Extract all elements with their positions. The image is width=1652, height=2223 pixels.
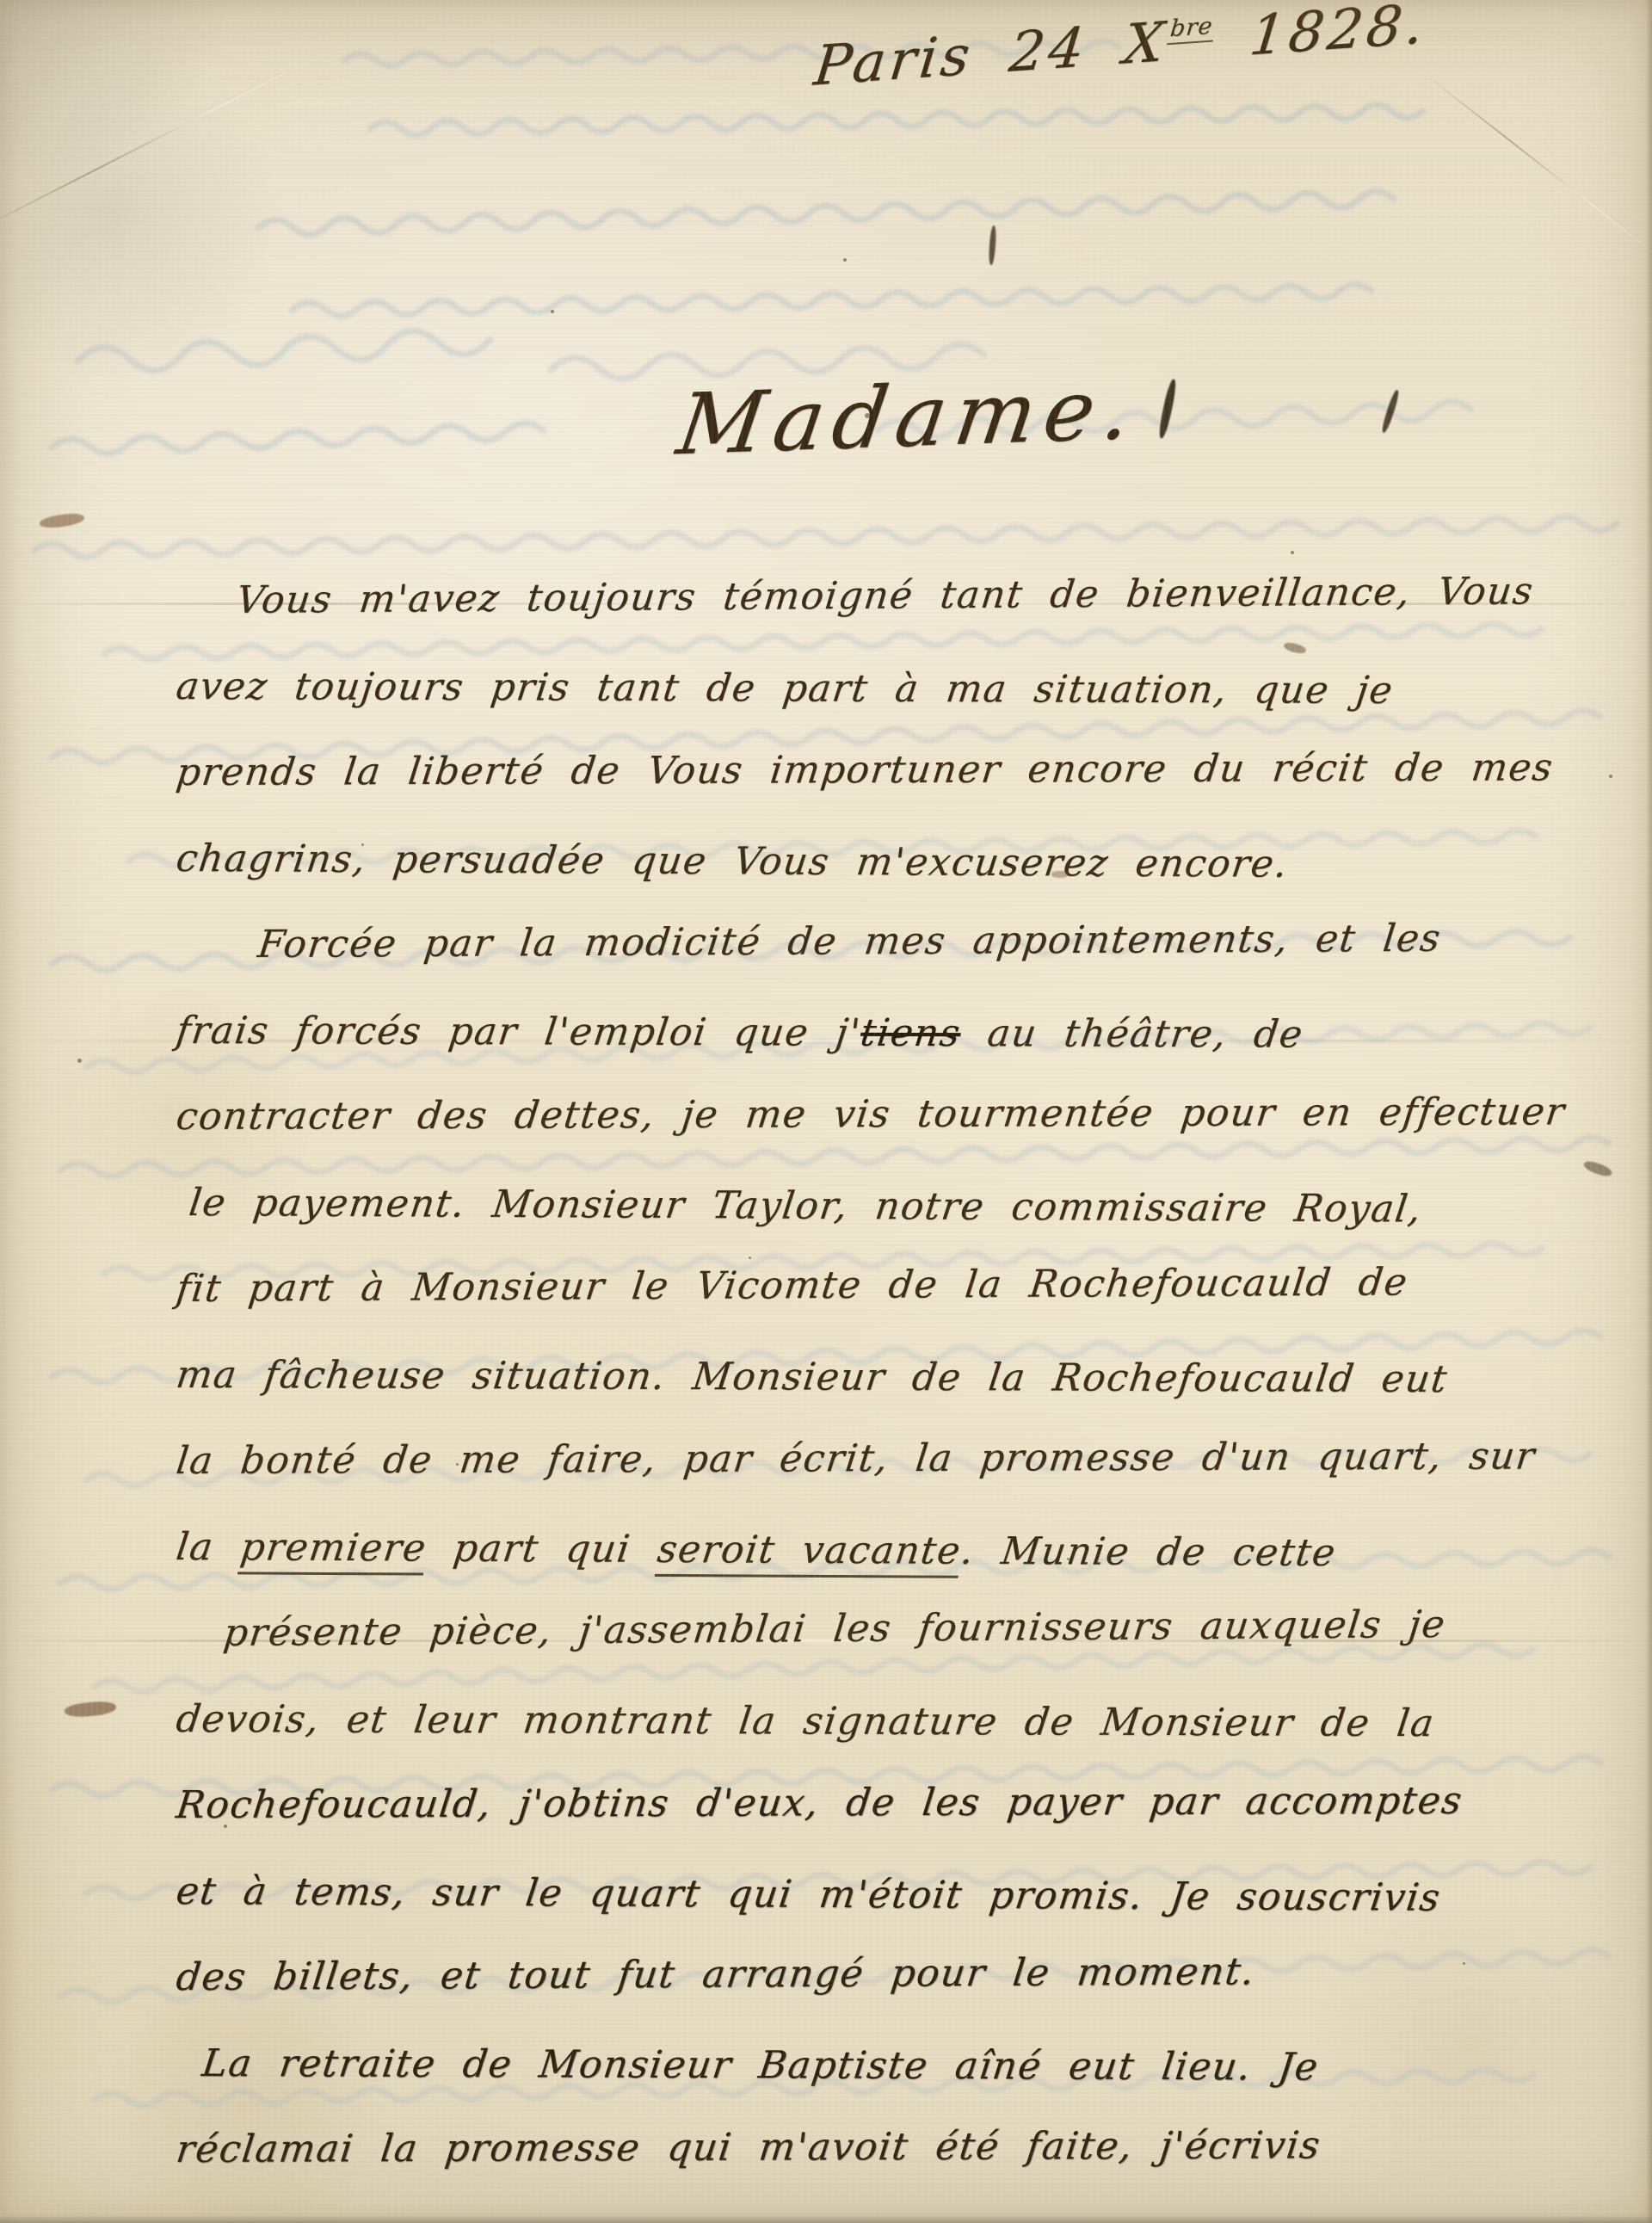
- ink-speck: [843, 258, 847, 262]
- letter-line-15: Rochefoucauld, j'obtins d'eux, de les pa…: [171, 1757, 1611, 1849]
- line12-pre: la: [174, 1525, 243, 1569]
- ink-speck: [1463, 1962, 1465, 1965]
- ink-speck: [77, 1059, 82, 1063]
- letter-line-7: contracter des dettes, je me vis tourmen…: [171, 1069, 1611, 1160]
- letter-body: Vous m'avez toujours témoigné tant de bi…: [176, 558, 1605, 2193]
- salutation: Madame.: [671, 361, 1145, 474]
- line6-struck-word: tiens: [858, 1011, 964, 1055]
- ink-speck: [865, 413, 870, 418]
- ink-speck: [1609, 775, 1612, 778]
- letter-page: Paris 24 Xbre 1828. Madame. Vous m'avez …: [0, 0, 1652, 2223]
- scan-edge-right: [1646, 0, 1652, 2223]
- ink-speck: [1067, 1558, 1069, 1560]
- line6-pre: frais forcés par l'emploi que j': [174, 1009, 864, 1055]
- letter-line-14: devois, et leur montrant la signature de…: [171, 1677, 1610, 1768]
- line6-post: au théâtre, de: [958, 1011, 1306, 1056]
- line12-underlined-seroit-vacante: seroit vacante: [654, 1528, 964, 1578]
- letter-line-2: avez toujours pris tant de part à ma sit…: [171, 644, 1610, 735]
- letter-line-10: ma fâcheuse situation. Monsieur de la Ro…: [171, 1332, 1610, 1423]
- handwriting-layer: Paris 24 Xbre 1828. Madame. Vous m'avez …: [0, 0, 1652, 2223]
- letter-line-13: présente pièce, j'assemblai les fourniss…: [219, 1581, 1611, 1677]
- ink-smudge: [1051, 871, 1069, 878]
- dateline-city-day: Paris 24 X: [811, 10, 1171, 98]
- line12-mid: part qui: [424, 1527, 661, 1572]
- dateline-month-abbrev: bre: [1167, 13, 1216, 46]
- letter-line-19: réclamai la promesse qui m'avoit été fai…: [171, 2102, 1611, 2193]
- letter-line-17: des billets, et tout fut arrangé pour le…: [171, 1927, 1611, 2021]
- letter-line-11: la bonté de me faire, par écrit, la prom…: [171, 1413, 1611, 1504]
- letter-line-1: Vous m'avez toujours témoigné tant de bi…: [231, 548, 1611, 644]
- letter-line-6: frais forcés par l'emploi que j'tiens au…: [171, 988, 1610, 1079]
- ink-speck: [749, 1257, 751, 1259]
- ink-speck: [1291, 551, 1294, 554]
- ink-speck: [551, 310, 554, 313]
- letter-line-3: prends la liberté de Vous importuner enc…: [171, 725, 1611, 816]
- ink-speck: [361, 843, 364, 846]
- letter-line-5: Forcée par la modicité de mes appointeme…: [253, 895, 1611, 988]
- letter-line-9: fit part à Monsieur le Vicomte de la Roc…: [171, 1238, 1611, 1332]
- ink-speck: [224, 1825, 227, 1828]
- scan-edge-bottom: [0, 2215, 1652, 2223]
- line12-underlined-premiere: premiere: [237, 1525, 429, 1575]
- line12-post: . Munie de cette: [959, 1529, 1339, 1575]
- letter-line-18: La retraite de Monsieur Baptiste aîné eu…: [197, 2021, 1610, 2112]
- dateline-year: 1828.: [1210, 0, 1430, 71]
- ink-speck: [456, 1463, 459, 1466]
- dateline: Paris 24 Xbre 1828.: [811, 0, 1430, 98]
